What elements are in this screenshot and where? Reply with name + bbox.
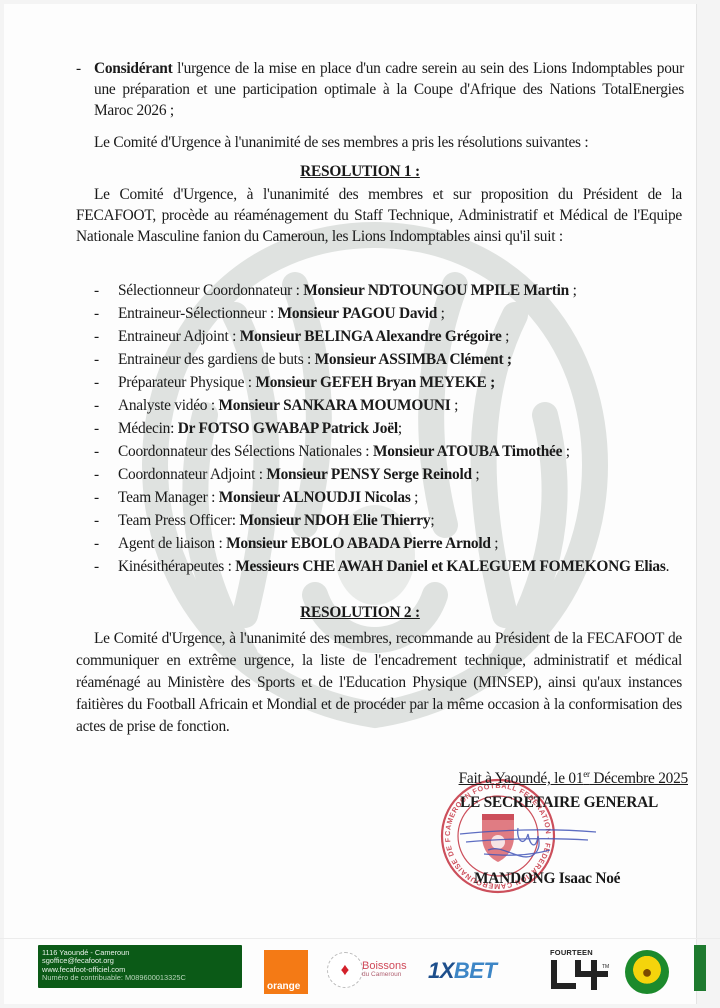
footer-divider <box>0 938 720 939</box>
staff-list-item: -Entraineur Adjoint : Monsieur BELINGA A… <box>94 325 694 348</box>
staff-list-item: -Kinésithérapeutes : Messieurs CHE AWAH … <box>94 555 694 601</box>
resolution-2-title: RESOLUTION 2 : <box>0 602 720 623</box>
bullet-dash: - <box>94 463 118 486</box>
resolution-2-body: Le Comité d'Urgence, à l'unanimité des m… <box>76 628 682 738</box>
bullet-dash: - <box>94 555 118 601</box>
boissons-lion-badge-icon: ♦ <box>327 952 363 988</box>
bullet-dash: - <box>94 371 118 394</box>
considerant-body: l'urgence de la mise en place d'un cadre… <box>94 60 684 119</box>
staff-role: Coordonnateur Adjoint : <box>118 466 266 483</box>
staff-role: Coordonnateur des Sélections Nationales … <box>118 443 373 460</box>
resolution-1-title: RESOLUTION 1 : <box>0 161 720 182</box>
staff-role: Sélectionneur Coordonnateur : <box>118 282 303 299</box>
signature-scribble-icon <box>458 820 598 868</box>
staff-list-item: -Préparateur Physique : Monsieur GEFEH B… <box>94 371 694 394</box>
staff-terminator: ; <box>569 282 577 299</box>
bullet-dash: - <box>94 348 118 371</box>
staff-list-item: -Entraineur-Sélectionneur : Monsieur PAG… <box>94 302 694 325</box>
bullet-dash: - <box>94 279 118 302</box>
date-text: Fait à Yaoundé, le 01 <box>459 770 584 787</box>
1xbet-logo-suffix: BET <box>454 958 497 983</box>
footer-address-box: 1116 Yaoundé - Cameroun sgoffice@fecafoo… <box>38 945 242 988</box>
bullet-dash: - <box>94 417 118 440</box>
staff-entry: Sélectionneur Coordonnateur : Monsieur N… <box>118 279 577 302</box>
staff-entry: Entraineur-Sélectionneur : Monsieur PAGO… <box>118 302 445 325</box>
staff-name: Monsieur GEFEH Bryan MEYEKE ; <box>255 374 495 391</box>
staff-list-item: -Analyste vidéo : Monsieur SANKARA MOUMO… <box>94 394 694 417</box>
staff-name: Messieurs CHE AWAH Daniel et KALEGUEM FO… <box>235 558 665 575</box>
staff-terminator: . <box>666 558 670 575</box>
considerant-text: Considérant l'urgence de la mise en plac… <box>94 58 684 121</box>
staff-entry: Kinésithérapeutes : Messieurs CHE AWAH D… <box>118 555 669 601</box>
bullet-dash: - <box>94 302 118 325</box>
considerant-keyword: Considérant <box>94 60 173 77</box>
boissons-du-cameroun-logo: Boissons du Cameroun <box>362 961 407 979</box>
staff-name: Monsieur ALNOUDJI Nicolas <box>219 489 411 506</box>
staff-name: Monsieur PENSY Serge Reinold <box>266 466 471 483</box>
staff-name: Monsieur ASSIMBA Clément ; <box>315 351 512 368</box>
staff-name: Monsieur PAGOU David <box>278 305 437 322</box>
fourteen-logo: FOURTEEN TM <box>548 946 618 996</box>
staff-entry: Préparateur Physique : Monsieur GEFEH Br… <box>118 371 495 394</box>
staff-name: Monsieur ATOUBA Timothée <box>373 443 562 460</box>
staff-name: Monsieur SANKARA MOUMOUNI <box>218 397 450 414</box>
boissons-logo-subtext: du Cameroun <box>362 972 407 979</box>
1xbet-logo-prefix: 1X <box>428 958 454 983</box>
staff-terminator: ; <box>502 328 510 345</box>
staff-list: -Sélectionneur Coordonnateur : Monsieur … <box>94 279 694 601</box>
staff-list-item: -Coordonnateur Adjoint : Monsieur PENSY … <box>94 463 694 486</box>
resolutions-intro: Le Comité d'Urgence à l'unanimité de ses… <box>94 132 694 153</box>
staff-terminator: ; <box>472 466 480 483</box>
staff-entry: Coordonnateur Adjoint : Monsieur PENSY S… <box>118 463 479 486</box>
considerant-paragraph: - Considérant l'urgence de la mise en pl… <box>76 58 686 121</box>
staff-terminator: ; <box>562 443 570 460</box>
staff-role: Agent de liaison : <box>118 535 226 552</box>
staff-role: Entraineur-Sélectionneur : <box>118 305 278 322</box>
bullet-dash: - <box>76 58 94 121</box>
resolution-1-body: Le Comité d'Urgence, à l'unanimité des m… <box>76 184 682 247</box>
staff-name: Monsieur NDOH Elie Thierry <box>239 512 430 529</box>
staff-list-item: -Sélectionneur Coordonnateur : Monsieur … <box>94 279 694 302</box>
1xbet-logo: 1XBET <box>428 958 496 984</box>
tax-number-line: Numéro de contribuable: M089600013325C <box>42 974 242 982</box>
staff-name: Monsieur NDTOUNGOU MPILE Martin <box>303 282 569 299</box>
staff-role: Team Press Officer: <box>118 512 239 529</box>
staff-name: Monsieur BELINGA Alexandre Grégoire <box>240 328 502 345</box>
staff-list-item: -Coordonnateur des Sélections Nationales… <box>94 440 694 463</box>
svg-text:TM: TM <box>602 964 609 970</box>
staff-role: Team Manager : <box>118 489 219 506</box>
staff-entry: Entraineur Adjoint : Monsieur BELINGA Al… <box>118 325 509 348</box>
signatory-name: MANDONG Isaac Noé <box>474 868 620 889</box>
staff-name: Dr FOTSO GWABAP Patrick Joël <box>178 420 398 437</box>
signature-date: Fait à Yaoundé, le 01er Décembre 2025 <box>408 764 688 789</box>
fourteen-mark-icon: TM <box>550 958 612 992</box>
staff-list-item: -Team Press Officer: Monsieur NDOH Elie … <box>94 509 694 532</box>
staff-terminator: ; <box>430 512 434 529</box>
staff-role: Analyste vidéo : <box>118 397 218 414</box>
staff-entry: Analyste vidéo : Monsieur SANKARA MOUMOU… <box>118 394 458 417</box>
staff-terminator: ; <box>398 420 402 437</box>
date-month-year: Décembre 2025 <box>590 770 688 787</box>
fourteen-logo-text: FOURTEEN <box>550 948 593 957</box>
staff-role: Médecin: <box>118 420 178 437</box>
bullet-dash: - <box>94 532 118 555</box>
staff-role: Entraineur Adjoint : <box>118 328 240 345</box>
staff-entry: Entraineur des gardiens de buts : Monsie… <box>118 348 512 371</box>
bullet-dash: - <box>94 440 118 463</box>
lions-indomptables-logo-icon: ● <box>625 950 669 994</box>
staff-terminator: ; <box>437 305 445 322</box>
orange-logo-text: orange <box>267 981 300 992</box>
staff-role: Kinésithérapeutes : <box>118 558 235 575</box>
staff-entry: Team Manager : Monsieur ALNOUDJI Nicolas… <box>118 486 418 509</box>
green-accent-bar <box>694 945 706 991</box>
bullet-dash: - <box>94 325 118 348</box>
bullet-dash: - <box>94 509 118 532</box>
staff-terminator: ; <box>491 535 499 552</box>
staff-terminator: ; <box>451 397 459 414</box>
bullet-dash: - <box>94 394 118 417</box>
staff-list-item: -Team Manager : Monsieur ALNOUDJI Nicola… <box>94 486 694 509</box>
staff-role: Préparateur Physique : <box>118 374 255 391</box>
staff-name: Monsieur EBOLO ABADA Pierre Arnold <box>226 535 491 552</box>
staff-entry: Team Press Officer: Monsieur NDOH Elie T… <box>118 509 434 532</box>
orange-logo: orange <box>264 950 308 994</box>
signatory-title: LE SECRETAIRE GENERAL <box>430 792 688 813</box>
staff-terminator: ; <box>411 489 419 506</box>
staff-entry: Médecin: Dr FOTSO GWABAP Patrick Joël; <box>118 417 402 440</box>
staff-list-item: -Médecin: Dr FOTSO GWABAP Patrick Joël; <box>94 417 694 440</box>
staff-entry: Coordonnateur des Sélections Nationales … <box>118 440 570 463</box>
staff-entry: Agent de liaison : Monsieur EBOLO ABADA … <box>118 532 498 555</box>
staff-list-item: -Agent de liaison : Monsieur EBOLO ABADA… <box>94 532 694 555</box>
staff-list-item: -Entraineur des gardiens de buts : Monsi… <box>94 348 694 371</box>
signature-block: Fait à Yaoundé, le 01er Décembre 2025 LE… <box>408 764 688 813</box>
bullet-dash: - <box>94 486 118 509</box>
staff-role: Entraineur des gardiens de buts : <box>118 351 315 368</box>
